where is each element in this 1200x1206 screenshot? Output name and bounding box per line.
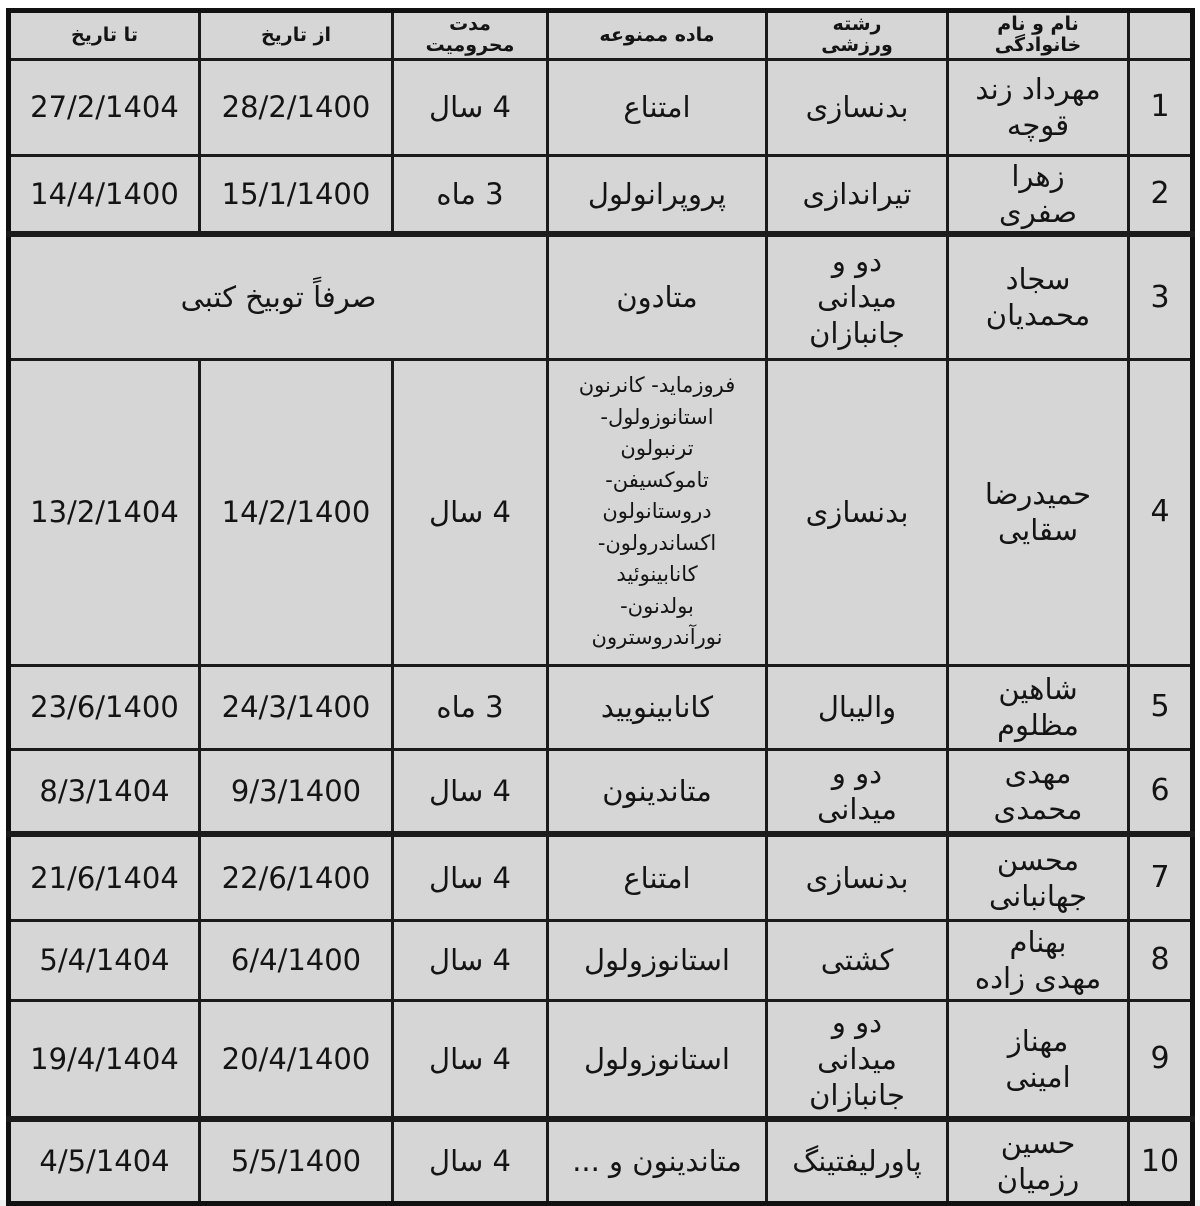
from-date-cell: 24/3/1400	[200, 665, 393, 749]
name-cell: مهرداد زند قوچه	[948, 59, 1129, 155]
row-index-cell: 5	[1129, 665, 1193, 749]
table-row: 4 حمیدرضا سقایی بدنسازی فروزماید- کانرنو…	[9, 359, 1193, 665]
row-index-cell: 3	[1129, 234, 1193, 359]
substance-cell: متاندینون و ...	[548, 1119, 767, 1203]
to-date-cell: 13/2/1404	[9, 359, 200, 665]
to-date-cell: 5/4/1404	[9, 920, 200, 1000]
table-row: 2 زهرا صفری تیراندازی پروپرانولول 3 ماه …	[9, 155, 1193, 234]
duration-cell: 4 سال	[393, 359, 548, 665]
substance-cell: متادون	[548, 234, 767, 359]
from-date-cell: 20/4/1400	[200, 1000, 393, 1119]
table-row: 9 مهناز امینی دو و میدانی جانبازان استان…	[9, 1000, 1193, 1119]
to-date-cell: 4/5/1404	[9, 1119, 200, 1203]
name-cell: مهدی محمدی	[948, 749, 1129, 834]
name-cell: حسین رزمیان	[948, 1119, 1129, 1203]
to-date-cell: 14/4/1400	[9, 155, 200, 234]
to-date-cell: 19/4/1404	[9, 1000, 200, 1119]
sport-cell: کشتی	[767, 920, 948, 1000]
table-row: 3 سجاد محمدیان دو و میدانی جانبازان متاد…	[9, 234, 1193, 359]
duration-cell: 4 سال	[393, 920, 548, 1000]
row-index-cell: 7	[1129, 834, 1193, 920]
substance-cell: پروپرانولول	[548, 155, 767, 234]
sport-cell: دو و میدانی	[767, 749, 948, 834]
name-cell: شاهین مظلوم	[948, 665, 1129, 749]
from-date-cell: 15/1/1400	[200, 155, 393, 234]
name-cell: زهرا صفری	[948, 155, 1129, 234]
table-row: 7 محسن جهانبانی بدنسازی امتناع 4 سال 22/…	[9, 834, 1193, 920]
name-cell: سجاد محمدیان	[948, 234, 1129, 359]
header-from-date: از تاریخ	[200, 11, 393, 60]
substance-cell: فروزماید- کانرنون استانوزولول- ترنبولون …	[548, 359, 767, 665]
name-cell: حمیدرضا سقایی	[948, 359, 1129, 665]
from-date-cell: 5/5/1400	[200, 1119, 393, 1203]
row-index-cell: 10	[1129, 1119, 1193, 1203]
header-to-date: تا تاریخ	[9, 11, 200, 60]
row-index-cell: 1	[1129, 59, 1193, 155]
name-cell: محسن جهانبانی	[948, 834, 1129, 920]
to-date-cell: 27/2/1404	[9, 59, 200, 155]
header-duration: مدت محرومیت	[393, 11, 548, 60]
table-row: 10 حسین رزمیان پاورلیفتینگ متاندینون و .…	[9, 1119, 1193, 1203]
duration-cell: 3 ماه	[393, 155, 548, 234]
row-index-cell: 2	[1129, 155, 1193, 234]
substance-cell: استانوزولول	[548, 1000, 767, 1119]
substance-cell: استانوزولول	[548, 920, 767, 1000]
table-row: 5 شاهین مظلوم والیبال کانابینویید 3 ماه …	[9, 665, 1193, 749]
merged-note-cell: صرفاً توبیخ کتبی	[9, 234, 548, 359]
substance-cell: امتناع	[548, 834, 767, 920]
duration-cell: 4 سال	[393, 59, 548, 155]
from-date-cell: 28/2/1400	[200, 59, 393, 155]
table-row: 1 مهرداد زند قوچه بدنسازی امتناع 4 سال 2…	[9, 59, 1193, 155]
from-date-cell: 9/3/1400	[200, 749, 393, 834]
sport-cell: والیبال	[767, 665, 948, 749]
name-cell: بهنام مهدی زاده	[948, 920, 1129, 1000]
table-row: 6 مهدی محمدی دو و میدانی متاندینون 4 سال…	[9, 749, 1193, 834]
from-date-cell: 14/2/1400	[200, 359, 393, 665]
row-index-cell: 9	[1129, 1000, 1193, 1119]
header-sport: رشته ورزشی	[767, 11, 948, 60]
sport-cell: دو و میدانی جانبازان	[767, 1000, 948, 1119]
row-index-cell: 6	[1129, 749, 1193, 834]
to-date-cell: 23/6/1400	[9, 665, 200, 749]
from-date-cell: 6/4/1400	[200, 920, 393, 1000]
scanned-document-page: نام و نام خانوادگی رشته ورزشی ماده ممنوع…	[0, 0, 1200, 1200]
sport-cell: بدنسازی	[767, 834, 948, 920]
sport-cell: بدنسازی	[767, 359, 948, 665]
substance-cell: متاندینون	[548, 749, 767, 834]
duration-cell: 4 سال	[393, 834, 548, 920]
table-header-row: نام و نام خانوادگی رشته ورزشی ماده ممنوع…	[9, 11, 1193, 60]
sport-cell: دو و میدانی جانبازان	[767, 234, 948, 359]
duration-cell: 4 سال	[393, 1000, 548, 1119]
substance-cell: امتناع	[548, 59, 767, 155]
duration-cell: 4 سال	[393, 749, 548, 834]
row-index-cell: 8	[1129, 920, 1193, 1000]
sport-cell: تیراندازی	[767, 155, 948, 234]
duration-cell: 3 ماه	[393, 665, 548, 749]
sport-cell: بدنسازی	[767, 59, 948, 155]
doping-suspension-table: نام و نام خانوادگی رشته ورزشی ماده ممنوع…	[6, 8, 1195, 1206]
table-row: 8 بهنام مهدی زاده کشتی استانوزولول 4 سال…	[9, 920, 1193, 1000]
header-substance: ماده ممنوعه	[548, 11, 767, 60]
header-name: نام و نام خانوادگی	[948, 11, 1129, 60]
substance-cell: کانابینویید	[548, 665, 767, 749]
to-date-cell: 8/3/1404	[9, 749, 200, 834]
duration-cell: 4 سال	[393, 1119, 548, 1203]
row-index-cell: 4	[1129, 359, 1193, 665]
sport-cell: پاورلیفتینگ	[767, 1119, 948, 1203]
name-cell: مهناز امینی	[948, 1000, 1129, 1119]
header-index	[1129, 11, 1193, 60]
to-date-cell: 21/6/1404	[9, 834, 200, 920]
from-date-cell: 22/6/1400	[200, 834, 393, 920]
